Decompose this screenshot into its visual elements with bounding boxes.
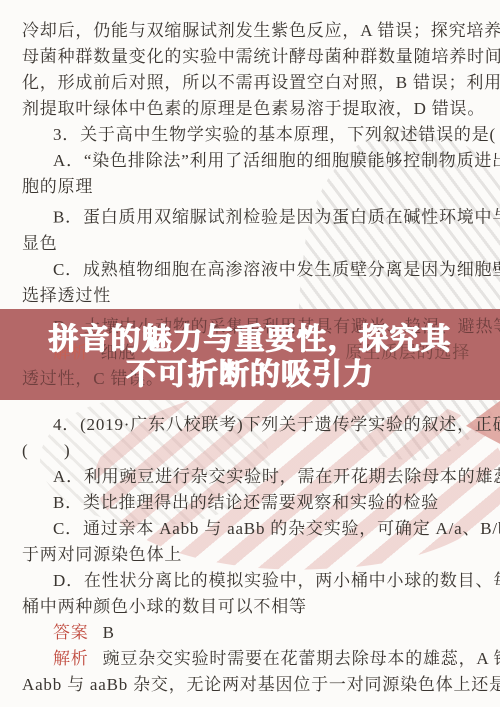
question3-option-a-cont: 胞的原理 xyxy=(22,174,470,200)
analysis-text: 豌豆杂交实验时需要在花蕾期去除母本的雄蕊，A 错误； xyxy=(103,649,500,668)
solution-text-line: 冷却后，仍能与双缩脲试剂发生紫色反应，A 错误；探究培养液中酵 xyxy=(22,18,470,44)
banner-title-line2: 不可折断的吸引力 xyxy=(126,357,374,392)
question3-option-b: B．蛋白质用双缩脲试剂检验是因为蛋白质在碱性环境中与 Cu2+ xyxy=(22,200,470,231)
question4-option-b: B．类比推理得出的结论还需要观察和实验的检验 xyxy=(22,490,470,516)
analysis-line: 解析豌豆杂交实验时需要在花蕾期去除母本的雄蕊，A 错误； xyxy=(22,646,470,672)
question3-option-c-cont: 选择透过性 xyxy=(22,283,470,309)
scanned-textbook-page: 冷却后，仍能与双缩脲试剂发生紫色反应，A 错误；探究培养液中酵 母菌种群数量变化… xyxy=(0,0,500,707)
solution-text-line: 化，形成前后对照，所以不需再设置空白对照，B 错误；利用有机溶 xyxy=(22,70,470,96)
page-text: 冷却后，仍能与双缩脲试剂发生紫色反应，A 错误；探究培养液中酵 母菌种群数量变化… xyxy=(0,0,500,698)
question4-option-c-cont: 于两对同源染色体上 xyxy=(22,542,470,568)
analysis-line-cont: Aabb 与 aaBb 杂交，无论两对基因位于一对同源染色体上还是位于非 xyxy=(22,672,470,698)
answer-value: B xyxy=(103,623,115,642)
question4-option-a: A．利用豌豆进行杂交实验时，需在开花期去除母本的雄蕊 xyxy=(22,464,470,490)
solution-text-line: 母菌种群数量变化的实验中需统计酵母菌种群数量随培养时间的变 xyxy=(22,44,470,70)
question3-option-c: C．成熟植物细胞在高渗溶液中发生质壁分离是因为细胞壁具有 xyxy=(22,257,470,283)
banner-title-line1: 拼音的魅力与重要性，探究其 xyxy=(49,322,452,357)
overlay-banner: D．土壤中小动物的采集是利用其具有避光、趋湿、避热等特点 解析 细胞 原生质层的… xyxy=(0,309,500,400)
solution-text-line: 剂提取叶绿体中色素的原理是色素易溶于提取液，D 错误。 xyxy=(22,96,470,122)
question3-option-b-cont: 显色 xyxy=(22,231,470,257)
question4-stem-brackets: ( ) xyxy=(22,438,470,464)
question4-option-d: D．在性状分离比的模拟实验中，两小桶中小球的数目、每个小 xyxy=(22,568,470,594)
answer-line: 答案B xyxy=(22,620,470,646)
banner-title: 拼音的魅力与重要性，探究其 不可折断的吸引力 xyxy=(0,309,500,400)
analysis-label: 解析 xyxy=(53,649,89,668)
question3-option-a: A．“染色排除法”利用了活细胞的细胞膜能够控制物质进出细 xyxy=(22,148,470,174)
question4-option-d-cont: 桶中两种颜色小球的数目可以不相等 xyxy=(22,594,470,620)
option-b-text: B．蛋白质用双缩脲试剂检验是因为蛋白质在碱性环境中与 Cu xyxy=(53,208,500,227)
question4-stem: 4．(2019·广东八校联考)下列关于遗传学实验的叙述，正确的是 xyxy=(22,412,470,438)
answer-label: 答案 xyxy=(53,623,89,642)
question4-option-c: C．通过亲本 Aabb 与 aaBb 的杂交实验，可确定 A/a、B/b 是否位 xyxy=(22,516,470,542)
question3-stem: 3．关于高中生物学实验的基本原理，下列叙述错误的是( ) xyxy=(22,122,470,148)
